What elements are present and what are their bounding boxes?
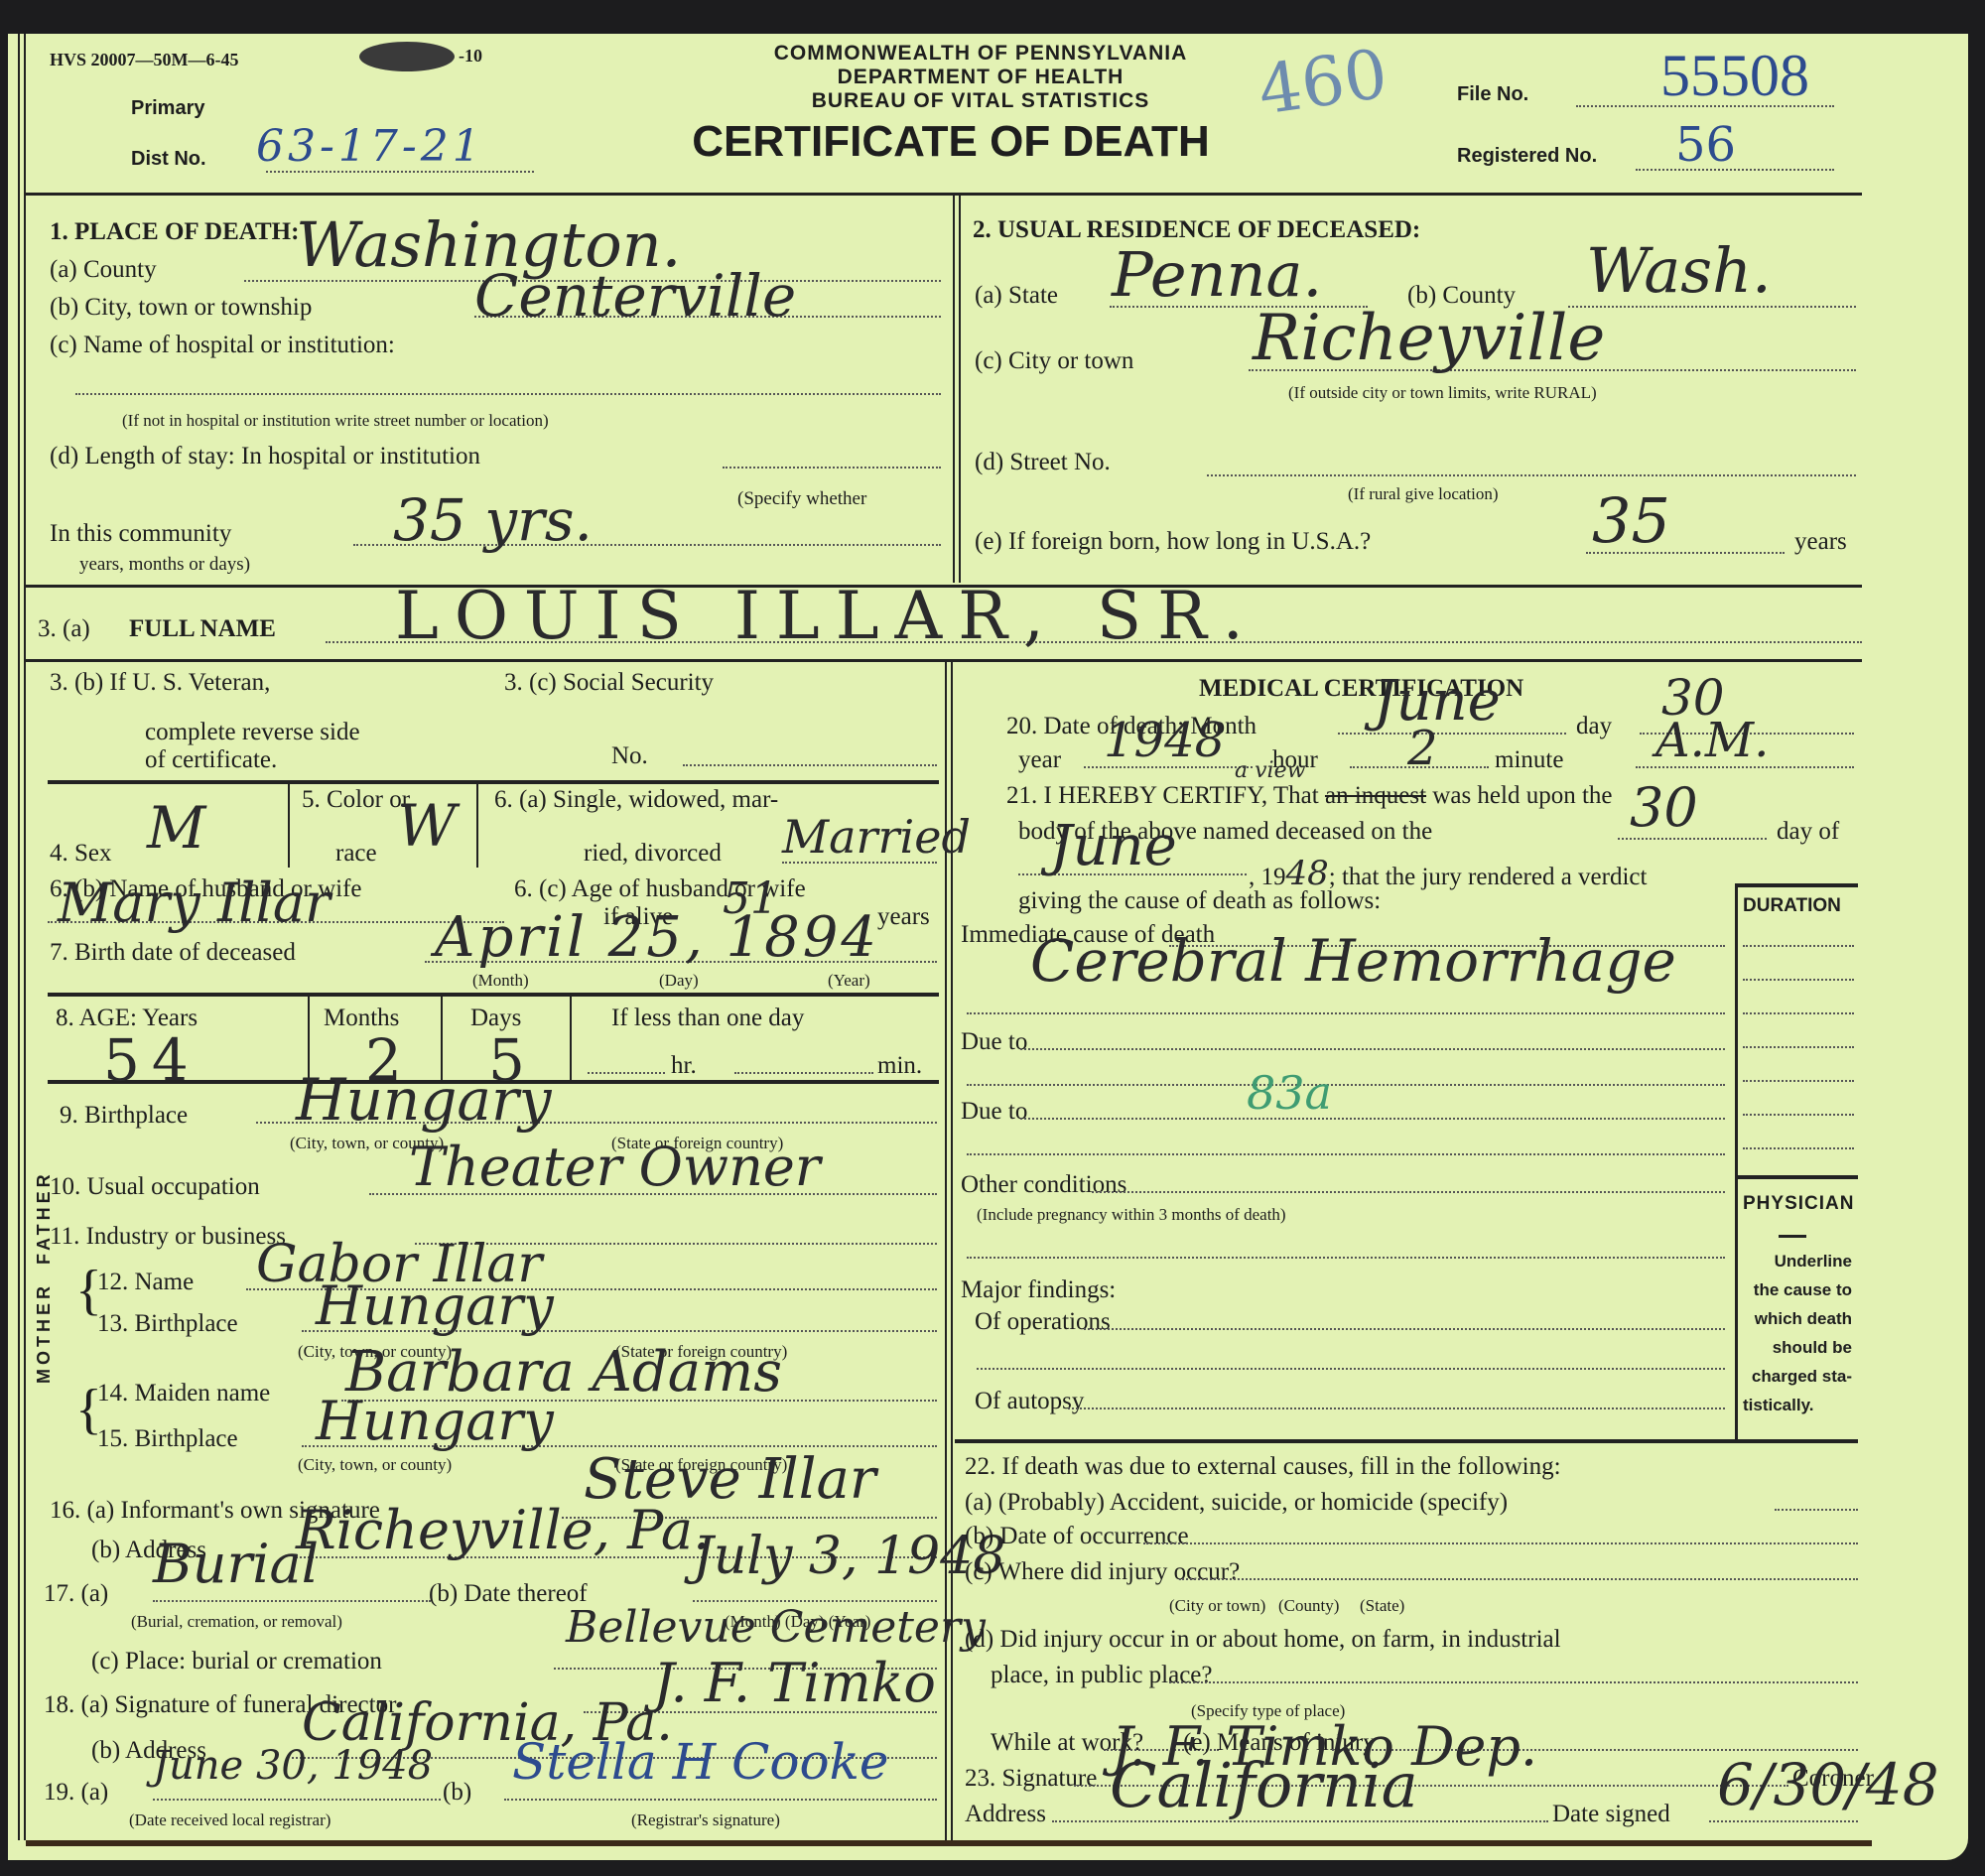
dist-no-value: 63-17-21 [256, 121, 484, 172]
date-signed-label: Date signed [1552, 1801, 1670, 1828]
union-label-suffix: -10 [459, 46, 482, 67]
disposal-sub: (Burial, cremation, or removal) [131, 1612, 342, 1632]
registrar-date-value: June 30, 1948 [153, 1743, 433, 1789]
death-minute-value: A.M. [1655, 713, 1769, 768]
file-no-label: File No. [1457, 83, 1528, 106]
due-to-label-2: Due to [961, 1098, 1027, 1126]
race-label-1: 5. Color or [302, 786, 410, 814]
veteran-label-1: 3. (b) If U. S. Veteran, [50, 669, 270, 697]
disposal-label: 17. (a) [44, 1580, 108, 1608]
foreign-born-value: 35 [1592, 484, 1670, 557]
full-name-label: FULL NAME [129, 615, 276, 643]
burial-place-value: Bellevue Cemetery [566, 1602, 986, 1653]
pencil-note: 460 [1254, 35, 1392, 130]
coroner-address-value: California [1110, 1749, 1418, 1821]
external-d-label-1: (d) Did injury occur in or about home, o… [965, 1626, 1561, 1654]
birth-sub-day: (Day) [659, 971, 699, 991]
operations-label: Of operations [975, 1308, 1111, 1336]
birthplace-value: Hungary [296, 1066, 552, 1134]
city-label: (b) City, town or township [50, 294, 312, 322]
death-day-label: day [1576, 713, 1612, 740]
sex-label: 4. Sex [50, 840, 112, 868]
registered-no-label: Registered No. [1457, 145, 1597, 168]
registrar-date-sub: (Date received local registrar) [129, 1810, 331, 1830]
autopsy-label: Of autopsy [975, 1388, 1084, 1415]
industry-label: 11. Industry or business [50, 1223, 286, 1251]
funeral-director-value: J. F. Timko [653, 1652, 936, 1714]
due-to-field-1 [1020, 1048, 1725, 1050]
race-value: W [397, 792, 457, 860]
marital-label-1: 6. (a) Single, widowed, mar- [494, 786, 778, 814]
death-certificate-sheet: HVS 20007—50M—6-45 -10 Primary Dist No. … [8, 34, 1968, 1860]
county-label: (a) County [50, 256, 157, 284]
coroner-address-label: Address [965, 1801, 1046, 1828]
burial-place-label: (c) Place: burial or cremation [91, 1648, 382, 1675]
street-field [1207, 474, 1856, 476]
death-city-value: Centerville [474, 262, 796, 330]
residence-city-label: (c) City or town [975, 347, 1133, 375]
day-of-label: day of [1777, 818, 1839, 846]
residence-county-value: Wash. [1586, 234, 1772, 307]
agency-line-2: DEPARTMENT OF HEALTH [693, 66, 1268, 89]
residence-city-value: Richeyville [1253, 302, 1605, 375]
physician-label: PHYSICIAN [1743, 1193, 1854, 1215]
community-note: years, months or days) [79, 554, 250, 576]
death-minute-label: minute [1495, 746, 1563, 774]
registrar-signature-value: Stella H Cooke [512, 1733, 888, 1791]
union-label-icon [359, 42, 455, 71]
coroner-signature-label: 23. Signature [965, 1765, 1097, 1793]
left-border-inner [24, 34, 26, 1840]
street-label: (d) Street No. [975, 449, 1111, 476]
file-no-value: 55508 [1660, 42, 1809, 110]
social-security-label: 3. (c) Social Security [504, 669, 714, 697]
registrar-b-label: (b) [443, 1779, 471, 1807]
due-to-label-1: Due to [961, 1028, 1027, 1056]
birth-sub-year: (Year) [828, 971, 870, 991]
informant-address-value: Richeyville, Pa. [296, 1499, 710, 1561]
father-name-label: 12. Name [97, 1269, 194, 1296]
death-hour-value: 2 [1407, 721, 1438, 776]
hospital-field [75, 393, 941, 395]
spouse-age-unit: years [877, 903, 930, 931]
less-than-day-label: If less than one day [611, 1005, 804, 1032]
certify-insert-value: a view [1235, 758, 1305, 783]
place-of-death-heading: 1. PLACE OF DEATH: [50, 218, 299, 246]
primary-label: Primary [131, 97, 205, 120]
mother-side-label: MOTHER [34, 1282, 54, 1384]
disposal-date-value: July 3, 1948 [693, 1527, 1005, 1586]
ss-no-field [683, 764, 937, 766]
autopsy-field [1068, 1407, 1725, 1409]
external-c-sub-city: (City or town) [1169, 1596, 1265, 1616]
external-c-label: (c) Where did injury occur? [965, 1558, 1240, 1586]
father-birthplace-label: 13. Birthplace [97, 1310, 238, 1338]
date-signed-value: 6/30/48 [1717, 1751, 1939, 1818]
residence-state-label: (a) State [975, 282, 1058, 310]
birth-sub-month: (Month) [472, 971, 529, 991]
occupation-value: Theater Owner [409, 1136, 821, 1198]
registered-no-value: 56 [1675, 117, 1736, 173]
community-value: 35 yrs. [393, 486, 593, 554]
marital-label-2: ried, divorced [584, 840, 722, 868]
certify-line3-prefix: , 19 [1249, 864, 1286, 890]
hr-label: hr. [671, 1052, 697, 1080]
header-rule [26, 193, 1862, 196]
registrar-signature-sub: (Registrar's signature) [631, 1810, 780, 1830]
duration-label: DURATION [1743, 895, 1841, 917]
other-conditions-note: (Include pregnancy within 3 months of de… [977, 1205, 1286, 1225]
certify-line4: giving the cause of death as follows: [1018, 887, 1381, 915]
inquest-month-value: June [1050, 814, 1177, 878]
min-label: min. [877, 1052, 922, 1080]
certificate-title: CERTIFICATE OF DEATH [643, 117, 1258, 167]
registrar-date-label: 19. (a) [44, 1779, 108, 1807]
external-b-label: (b) Date of occurrence [965, 1523, 1189, 1550]
external-heading: 22. If death was due to external causes,… [965, 1453, 1561, 1481]
occupation-label: 10. Usual occupation [50, 1173, 260, 1201]
disposal-date-label: (b) Date thereof [429, 1580, 588, 1608]
sex-value: M [147, 794, 205, 862]
code-note: 83a [1247, 1066, 1332, 1120]
form-code: HVS 20007—50M—6-45 [50, 50, 239, 70]
birthplace-label: 9. Birthplace [60, 1102, 188, 1130]
mother-maiden-label: 14. Maiden name [97, 1380, 270, 1407]
external-d-label-2: place, in public place? [991, 1662, 1213, 1689]
birth-date-value: April 25, 1894 [435, 905, 879, 970]
death-year-label: year [1018, 746, 1061, 774]
major-findings-label: Major findings: [961, 1276, 1116, 1304]
certify-struck-text: an inquest [1325, 782, 1426, 809]
dist-no-label: Dist No. [131, 148, 206, 171]
other-conditions-field [1092, 1191, 1725, 1193]
disposal-value: Burial [153, 1533, 319, 1595]
certify-line1-a: 21. I HEREBY CERTIFY, That [1006, 782, 1319, 809]
street-note: (If rural give location) [1348, 484, 1499, 504]
foreign-born-unit: years [1794, 528, 1847, 556]
agency-line-3: BUREAU OF VITAL STATISTICS [693, 89, 1268, 113]
stay-specify-note: (Specify whether [737, 488, 866, 510]
certify-line1-b: was held upon the [1432, 782, 1612, 809]
full-name-prefix: 3. (a) [38, 615, 90, 643]
left-border [18, 34, 20, 1840]
physician-note: Underline the cause to which death shoul… [1743, 1247, 1852, 1419]
inquest-day-value: 30 [1630, 776, 1698, 839]
ss-no-label: No. [611, 742, 648, 770]
spouse-name-value: Mary Illar [58, 871, 331, 934]
hospital-label: (c) Name of hospital or institution: [50, 332, 395, 359]
foreign-born-label: (e) If foreign born, how long in U.S.A.? [975, 528, 1371, 556]
certify-line3-suffix: ; that the jury rendered a verdict [1329, 864, 1648, 890]
community-label: In this community [50, 520, 231, 548]
other-conditions-label: Other conditions [961, 1171, 1126, 1199]
immediate-cause-value: Cerebral Hemorrhage [1030, 927, 1676, 995]
veteran-label-3: of certificate. [145, 746, 277, 774]
hospital-note: (If not in hospital or institution write… [122, 411, 549, 431]
mother-birthplace-label: 15. Birthplace [97, 1425, 238, 1453]
father-side-label: FATHER [34, 1170, 54, 1265]
residence-state-value: Penna. [1112, 238, 1322, 311]
stay-label: (d) Length of stay: In hospital or insti… [50, 443, 480, 470]
race-label-2: race [335, 840, 377, 868]
external-c-sub-state: (State) [1360, 1596, 1404, 1616]
age-years-value: 54 [103, 1026, 200, 1094]
operations-field [1084, 1328, 1725, 1330]
mother-birthplace-sub-1: (City, town, or county) [298, 1455, 452, 1475]
father-birthplace-value: Hungary [316, 1274, 554, 1337]
full-name-value: LOUIS ILLAR, SR. [395, 578, 1259, 654]
residence-city-note: (If outside city or town limits, write R… [1288, 383, 1597, 403]
veteran-label-2: complete reverse side [145, 719, 360, 746]
marital-value: Married [782, 810, 971, 864]
bottom-rule [26, 1840, 1872, 1846]
due-to-field-2 [1020, 1118, 1725, 1120]
death-year-value: 1948 [1104, 713, 1225, 768]
external-a-label: (a) (Probably) Accident, suicide, or hom… [965, 1489, 1508, 1517]
agency-line-1: COMMONWEALTH OF PENNSYLVANIA [693, 42, 1268, 66]
external-c-sub-county: (County) [1278, 1596, 1339, 1616]
birth-date-label: 7. Birth date of deceased [50, 939, 296, 967]
mother-birthplace-value: Hungary [316, 1390, 554, 1452]
